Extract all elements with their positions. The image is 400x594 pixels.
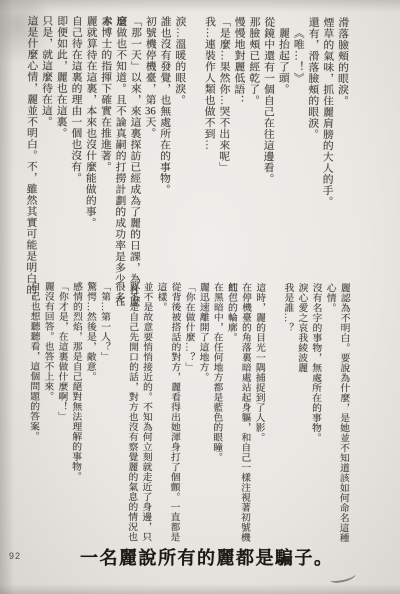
text-column: 自己也想聽聽看，這個問題的答案。 xyxy=(25,281,40,543)
text-column: 只是，就這麼待在這。 xyxy=(38,15,54,309)
text-column: 初號機停機臺，第36天。 xyxy=(142,16,158,310)
scan-shadow-bottom-edge xyxy=(0,584,400,594)
text-column: 麗認為不明白。要說為什麼，是她並不知道該如何命名這種 xyxy=(335,283,350,545)
text-column: 驚愕…然後是，敵意。 xyxy=(82,281,97,543)
text-column: 這樣。 xyxy=(152,282,167,544)
text-column: 誰也沒有發覺，也無處所在的事物。 xyxy=(157,16,173,310)
text-column: 「你在做什麼…？」 xyxy=(180,282,195,544)
text-column: 這時，麗的目光一隅捕捉到了人影。 xyxy=(251,282,266,544)
bottom-headline: 一名麗說所有的麗都是騙子。 xyxy=(80,544,334,570)
scan-shadow-top-edge xyxy=(0,0,400,12)
text-column: 在黑暗中，在任何地方都是藍色的眼瞳。 xyxy=(208,282,223,544)
text-column: 即便如此，麗也在這裏。 xyxy=(53,15,69,309)
text-column: 麗迅速離開了這地方。 xyxy=(194,282,209,544)
text-column: 「是麼…果然你…哭不出來呢」 xyxy=(216,16,232,310)
book-page-scan: 滑落臉頰的眼淚。煙草的氣味，抓住麗肩膀的大人的手。還有，滑落臉頰的眼淚。《唯…！… xyxy=(0,0,400,594)
text-column: 心情。 xyxy=(321,283,336,545)
text-column: 慢慢地對麗低語： xyxy=(231,16,247,310)
lower-text-block: 麗認為不明白。要說為什麼，是她並不知道該如何命名這種心情。沒有名字的事物，無處所… xyxy=(25,281,351,545)
text-column xyxy=(186,16,202,310)
text-column: 「第…第一人？」 xyxy=(96,282,111,544)
page-number: 92 xyxy=(9,551,21,561)
text-column xyxy=(265,282,280,544)
text-column: 沒有名字的事物，無處所在的事物。 xyxy=(307,283,322,545)
text-column: 從鏡中還有一個自己在往這邊看。 xyxy=(260,16,276,310)
text-column: 這是什麼心情，麗並不明白。不，雖然其實可能是明白的。但 xyxy=(24,15,40,309)
text-column: 感情的烈焰，那是自己絕對無法理解的事物。 xyxy=(67,281,82,543)
text-column: 從背後被搭話的對方，麗看得出她渾身打了個顫。一直都是 xyxy=(166,282,181,544)
text-column: 我…連裝作人類也做不到… xyxy=(201,16,217,310)
text-column: 要不是自己先開口的話，對方也沒有察覺麗的氣息的情況也 xyxy=(124,282,139,544)
text-column: 淚心愛之哀我綾波麗 xyxy=(293,283,308,545)
scan-artifact-mark xyxy=(329,570,356,584)
text-column: 《唯…！》 xyxy=(290,17,306,311)
text-column: 自己待在這裏的理由一個也沒有。 xyxy=(68,15,84,309)
text-column: 很多。 xyxy=(110,282,125,544)
text-column: 麗抬起了頭。 xyxy=(275,16,291,310)
text-column: 還有，滑落臉頰的眼淚。 xyxy=(305,17,321,311)
text-column: 那臉頰已經乾了。 xyxy=(246,16,262,310)
text-column: 紅色的輪廓。 xyxy=(222,282,237,544)
text-column: 淚…溫暖的眼淚。 xyxy=(172,16,188,310)
upper-text-block: 滑落臉頰的眼淚。煙草的氣味，抓住麗肩膀的大人的手。還有，滑落臉頰的眼淚。《唯…！… xyxy=(24,15,351,311)
text-column: 麗就算待在這裏，本來也沒什麼能做的事。 xyxy=(83,15,99,309)
text-column: 「你才是，在這裏做什麼啊！」 xyxy=(53,281,68,543)
text-column: 煙草的氣味，抓住麗肩膀的大人的手。 xyxy=(320,17,336,311)
text-column: 並不是故意要悄悄接近的。不知為何立刻就走近了身邊，只 xyxy=(138,282,153,544)
text-column: 「那一天」以來，來這裏探訪已經成為了麗的日課，為什麼這 xyxy=(127,16,143,310)
scan-shadow-left-edge xyxy=(0,0,14,594)
text-column: 在停機臺的角落裏暗處站起身軀，和自己一樣注視著初號機的， xyxy=(237,282,252,544)
text-column: 我是誰…？ xyxy=(279,282,294,544)
text-column: 滑落臉頰的眼淚。 xyxy=(334,17,350,311)
text-column: 麼做也不知道。且不論真嗣的打撈計劃的成功率是多少，在赤 xyxy=(112,16,128,310)
text-column: 麗沒有回答。也答不上來。 xyxy=(39,281,54,543)
